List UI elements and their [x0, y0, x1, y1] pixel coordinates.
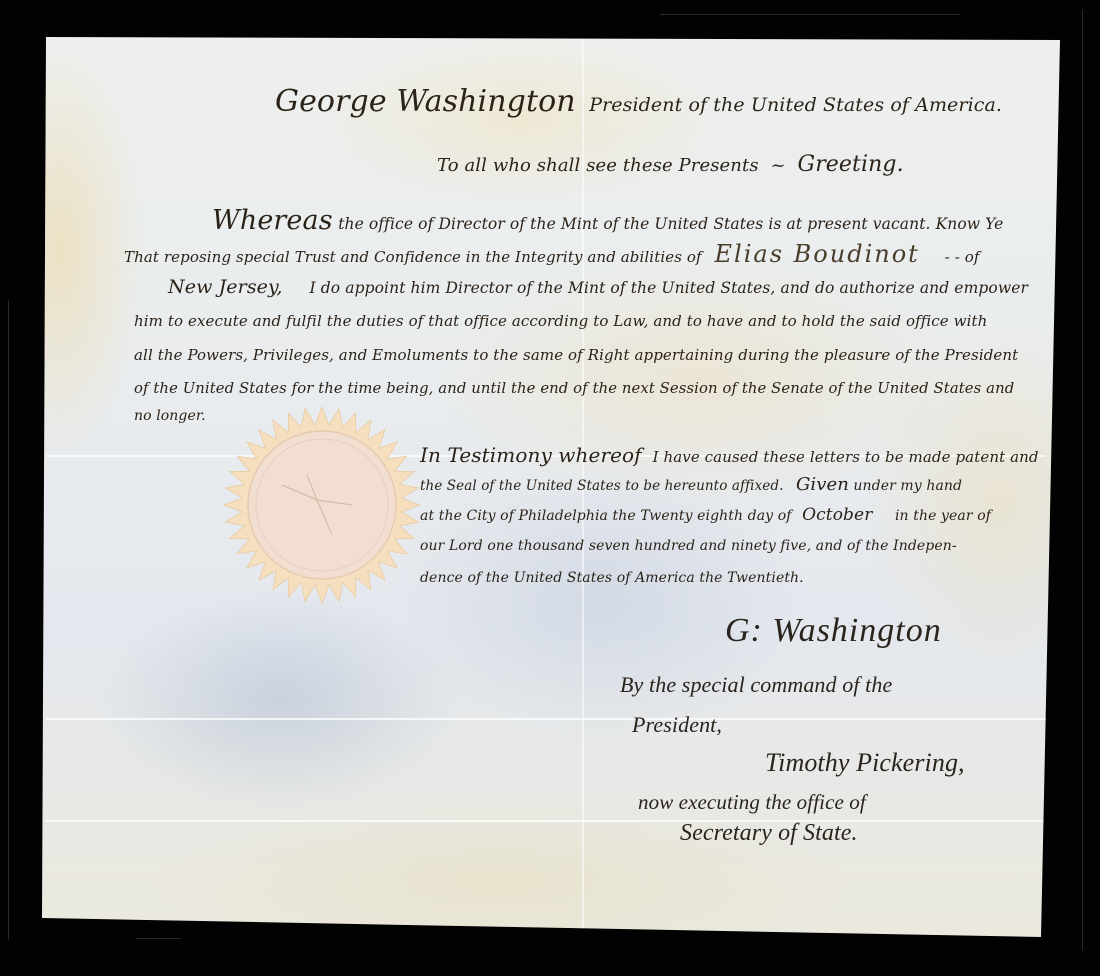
testimony-line-4: our Lord one thousand seven hundred and …: [420, 538, 957, 554]
body-line-1: Whereas the office of Director of the Mi…: [212, 205, 1003, 236]
body-text: I have caused these letters to be made p…: [653, 448, 1039, 466]
issuer-name: George Washington: [275, 84, 576, 119]
body-line-3: New Jersey, I do appoint him Director of…: [168, 276, 1028, 298]
appointee-state: New Jersey,: [168, 276, 282, 298]
salutation-dash: ~: [771, 155, 786, 176]
document-paper: George Washington President of the Unite…: [0, 0, 1100, 976]
body-text: under my hand: [853, 478, 962, 494]
command-line-1: By the special command of the: [620, 672, 892, 698]
president-signature: G: Washington: [725, 612, 942, 650]
whereas: Whereas: [212, 205, 333, 236]
body-line-5: all the Powers, Privileges, and Emolumen…: [134, 346, 1018, 364]
fold-crease: [46, 820, 1046, 822]
month: October: [802, 505, 872, 525]
body-line-7: no longer.: [134, 408, 206, 424]
body-text: in the year of: [895, 508, 991, 524]
testimony-line-3: at the City of Philadelphia the Twenty e…: [420, 505, 991, 525]
body-line-4: him to execute and fulfil the duties of …: [134, 312, 987, 330]
appointee-name: Elias Boudinot: [715, 240, 920, 268]
issuer-title: President of the United States of Americ…: [589, 94, 1002, 116]
body-text: at the City of Philadelphia the Twenty e…: [420, 508, 792, 524]
fold-crease: [46, 718, 1046, 720]
body-line-6: of the United States for the time being,…: [134, 380, 1014, 397]
office-line-1: now executing the office of: [638, 790, 866, 815]
body-text: - - of: [945, 248, 980, 266]
command-line-2: President,: [632, 712, 722, 738]
greeting: Greeting.: [798, 152, 904, 177]
salutation-text: To all who shall see these Presents: [437, 155, 759, 176]
secretary-signature: Timothy Pickering,: [765, 748, 965, 778]
given: Given: [796, 474, 849, 495]
testimony-line-5: dence of the United States of America th…: [420, 570, 804, 586]
heading: George Washington President of the Unite…: [275, 84, 1002, 119]
testimony-line-1: In Testimony whereof I have caused these…: [420, 443, 1039, 467]
body-line-2: That reposing special Trust and Confiden…: [124, 240, 980, 268]
testimony-lead: In Testimony whereof: [420, 443, 642, 467]
body-text: I do appoint him Director of the Mint of…: [310, 279, 1028, 297]
frame-edge-right: [1082, 10, 1083, 950]
salutation: To all who shall see these Presents ~ Gr…: [437, 152, 904, 177]
frame-edge-left: [8, 300, 9, 940]
frame-edge-bottom: [136, 938, 181, 939]
frame-edge-top: [660, 14, 960, 15]
body-text: That reposing special Trust and Confiden…: [124, 248, 702, 266]
body-text: the office of Director of the Mint of th…: [338, 215, 1003, 233]
office-line-2: Secretary of State.: [680, 820, 858, 847]
wafer-seal-icon: [222, 405, 422, 605]
testimony-line-2: the Seal of the United States to be here…: [420, 474, 962, 495]
body-text: the Seal of the United States to be here…: [420, 478, 784, 494]
